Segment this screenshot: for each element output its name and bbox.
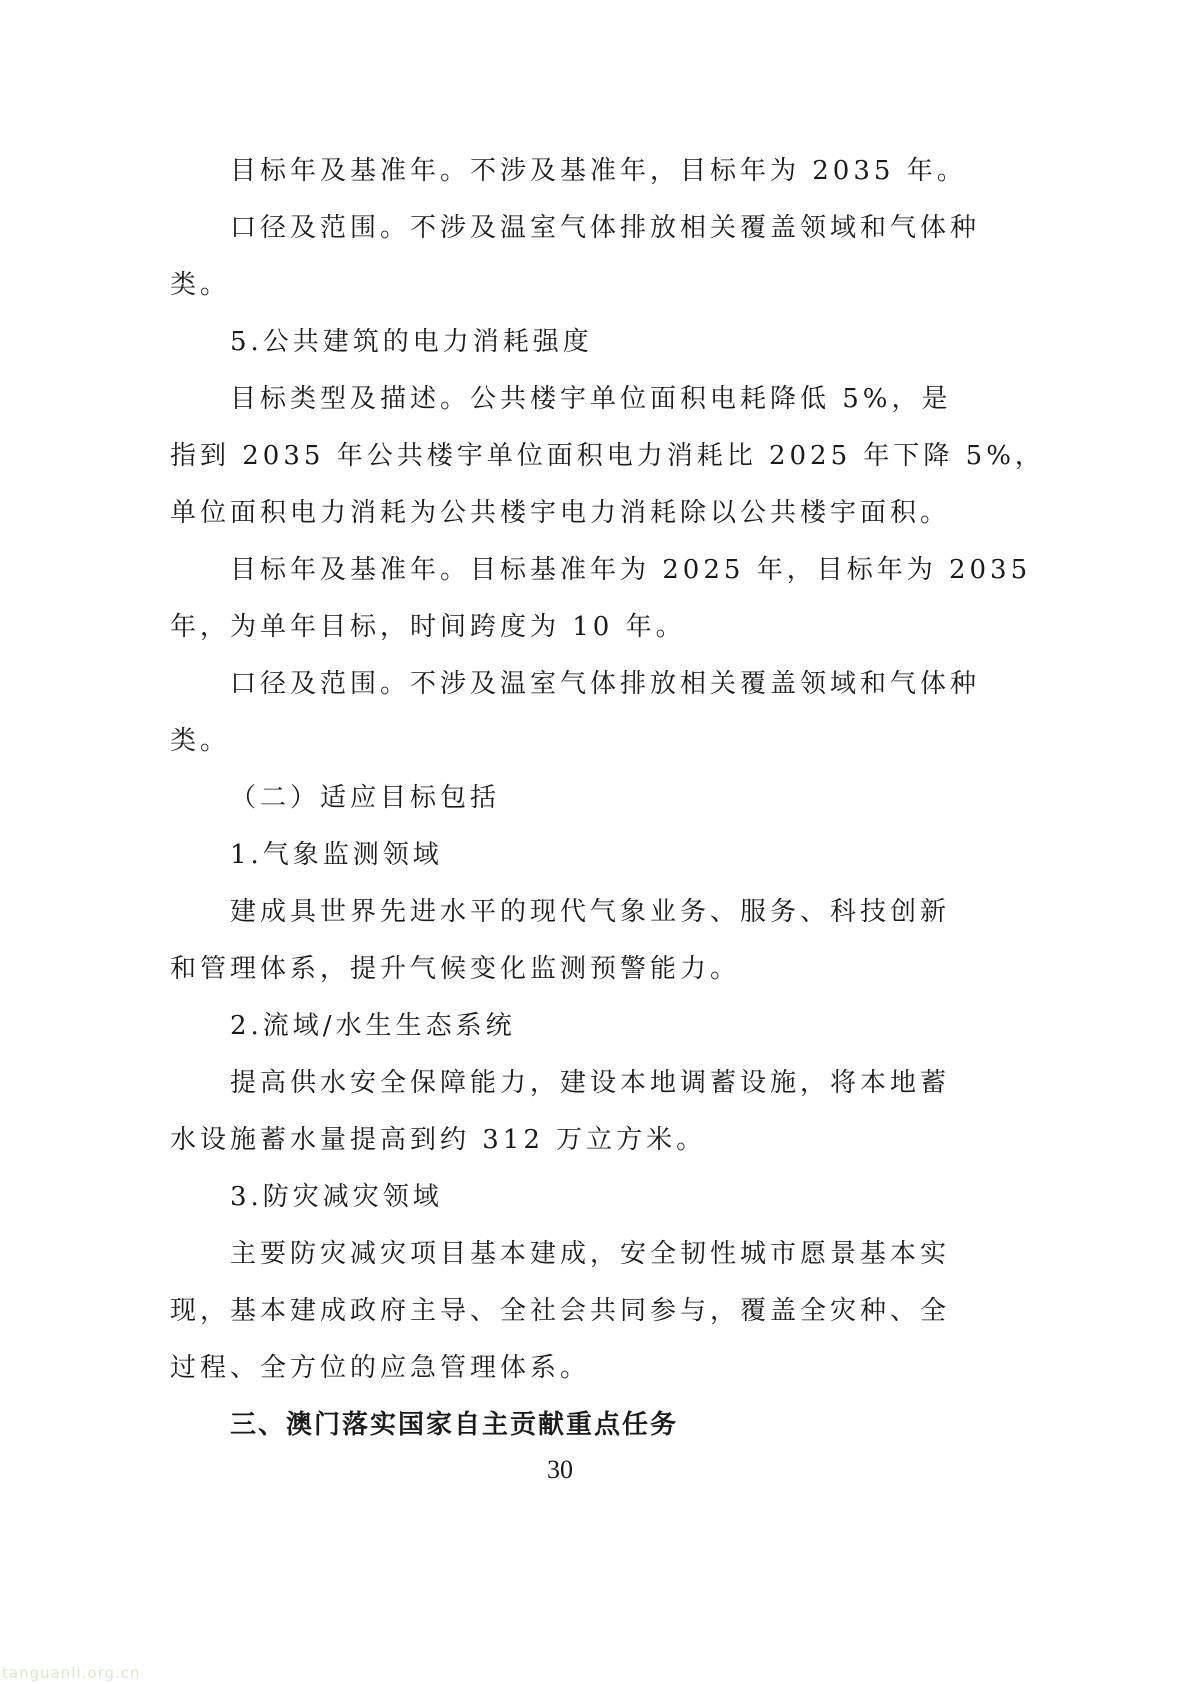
- paragraph-line: 目标类型及描述。公共楼宇单位面积电耗降低 5%，是: [170, 371, 940, 428]
- subheading-water-ecosystem: 2.流域/水生生态系统: [170, 998, 940, 1055]
- paragraph-line: 指到 2035 年公共楼宇单位面积电力消耗比 2025 年下降 5%，: [170, 428, 940, 485]
- subheading-disaster-prevention: 3.防灾减灾领域: [170, 1169, 940, 1226]
- paragraph-line: 类。: [170, 257, 940, 314]
- paragraph-line: 过程、全方位的应急管理体系。: [170, 1340, 940, 1397]
- paragraph-line: 建成具世界先进水平的现代气象业务、服务、科技创新: [170, 884, 940, 941]
- document-page: 目标年及基准年。不涉及基准年，目标年为 2035 年。 口径及范围。不涉及温室气…: [170, 143, 940, 1454]
- watermark: tanguanli.org.cn: [2, 1664, 141, 1682]
- paragraph-line: 现，基本建成政府主导、全社会共同参与，覆盖全灾种、全: [170, 1283, 940, 1340]
- paragraph-line: 单位面积电力消耗为公共楼宇电力消耗除以公共楼宇面积。: [170, 485, 940, 542]
- paragraph-line: 提高供水安全保障能力，建设本地调蓄设施，将本地蓄: [170, 1055, 940, 1112]
- subheading-meteorological-monitoring: 1.气象监测领域: [170, 827, 940, 884]
- paragraph-line: 类。: [170, 713, 940, 770]
- paragraph-line: 口径及范围。不涉及温室气体排放相关覆盖领域和气体种: [170, 200, 940, 257]
- paragraph-line: 目标年及基准年。目标基准年为 2025 年，目标年为 2035: [170, 542, 940, 599]
- paragraph-line: 口径及范围。不涉及温室气体排放相关覆盖领域和气体种: [170, 656, 940, 713]
- paragraph-line: 目标年及基准年。不涉及基准年，目标年为 2035 年。: [170, 143, 940, 200]
- paragraph-line: 年，为单年目标，时间跨度为 10 年。: [170, 599, 940, 656]
- section-heading-key-tasks: 三、澳门落实国家自主贡献重点任务: [170, 1397, 940, 1454]
- subheading-adaptation-goals: （二）适应目标包括: [170, 770, 940, 827]
- paragraph-line: 和管理体系，提升气候变化监测预警能力。: [170, 941, 940, 998]
- paragraph-line: 水设施蓄水量提高到约 312 万立方米。: [170, 1112, 940, 1169]
- page-number: 30: [0, 1455, 1120, 1485]
- paragraph-line: 主要防灾减灾项目基本建成，安全韧性城市愿景基本实: [170, 1226, 940, 1283]
- subheading-public-building-electricity: 5.公共建筑的电力消耗强度: [170, 314, 940, 371]
